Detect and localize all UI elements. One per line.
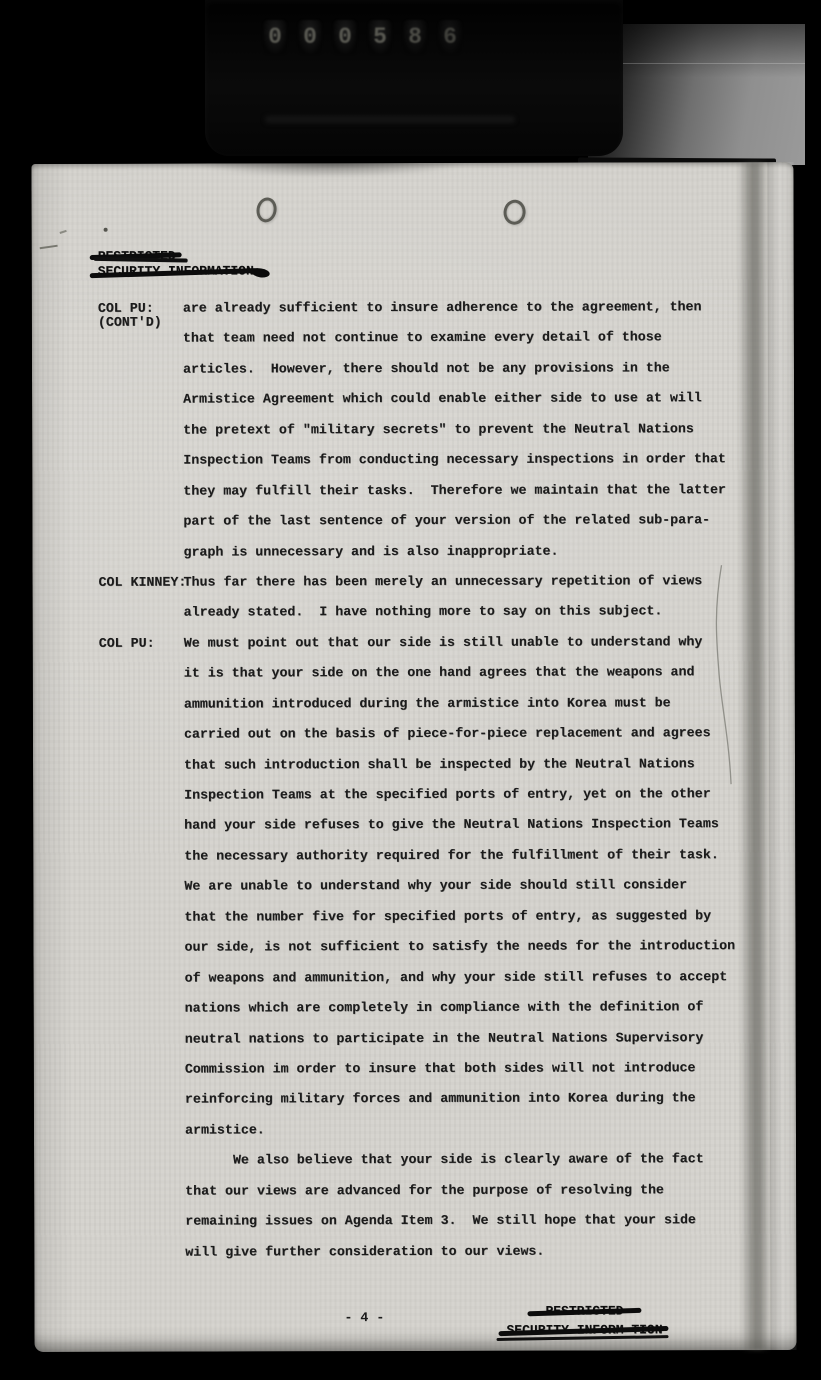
speaker-label: COL PU: xyxy=(99,635,155,650)
punch-hole xyxy=(255,196,279,224)
pencil-mark xyxy=(59,230,66,234)
classification-stamp-top: RESTRICTED SECURITY INFORMATION xyxy=(98,248,254,278)
transcript-row: that team need not continue to examine e… xyxy=(98,330,738,362)
transcript-text: We must point out that our side is still… xyxy=(184,634,739,650)
transcript-text: Armistice Agreement which could enable e… xyxy=(183,390,738,406)
speaker-contd-label: (CONT'D) xyxy=(98,315,162,330)
transcript-text: Thus far there has been merely an unnece… xyxy=(184,573,739,589)
transcript-row: Inspection Teams from conducting necessa… xyxy=(98,451,738,483)
transcript-text: nations which are completely in complian… xyxy=(185,999,740,1015)
transcript-text: that the number five for specified ports… xyxy=(184,908,739,924)
transcript-text: ammunition introduced during the armisti… xyxy=(184,695,739,711)
classification-stamp-bottom: RESTRICTED SECURITY INFORM TION xyxy=(494,1301,674,1339)
transcript-row: nations which are completely in complian… xyxy=(100,999,740,1031)
transcript-row: articles. However, there should not be a… xyxy=(98,360,738,392)
transcript-text: of weapons and ammunition, and why your … xyxy=(185,969,740,985)
transcript-text: our side, is not sufficient to satisfy t… xyxy=(184,938,739,954)
transcript-text: reinforcing military forces and ammuniti… xyxy=(185,1091,740,1107)
transcript-row: carried out on the basis of piece-for-pi… xyxy=(99,725,739,757)
transcript-text: Commission im order to insure that both … xyxy=(185,1060,740,1076)
transcript-row: of weapons and ammunition, and why your … xyxy=(100,969,740,1001)
transcript-row: it is that your side on the one hand agr… xyxy=(99,664,739,696)
transcript-text: articles. However, there should not be a… xyxy=(183,360,738,376)
document-page: RESTRICTED SECURITY INFORMATION COL PU: … xyxy=(31,162,796,1352)
transcript-row: that the number five for specified ports… xyxy=(99,908,739,940)
transcript-text: Inspection Teams at the specified ports … xyxy=(184,786,739,802)
transcript-text: carried out on the basis of piece-for-pi… xyxy=(184,725,739,741)
transcript-row: the necessary authority required for the… xyxy=(99,847,739,879)
speaker-label: COL PU: xyxy=(98,301,154,316)
transcript-text: neutral nations to participate in the Ne… xyxy=(185,1030,740,1046)
counter-digits: 0 0 0 5 8 6 xyxy=(263,20,462,54)
transcript-row: Inspection Teams at the specified ports … xyxy=(99,786,739,818)
transcript-row: We also believe that your side is clearl… xyxy=(100,1151,740,1183)
pencil-mark xyxy=(104,228,108,232)
transcript-text: remaining issues on Agenda Item 3. We st… xyxy=(185,1212,740,1228)
punch-hole xyxy=(502,199,526,226)
page-edge-shadow xyxy=(737,162,770,1350)
transcript-row: they may fulfill their tasks. Therefore … xyxy=(98,482,738,514)
transcript-text: the pretext of "military secrets" to pre… xyxy=(183,421,738,437)
pencil-mark xyxy=(40,245,58,250)
transcript-row: will give further consideration to our v… xyxy=(100,1243,740,1275)
transcript-text: We are unable to understand why your sid… xyxy=(184,877,739,893)
counter-digit: 5 xyxy=(368,20,392,54)
transcript-row: hand your side refuses to give the Neutr… xyxy=(99,817,739,849)
transcript: COL PU: (CONT'D) are already sufficient … xyxy=(98,299,741,1275)
transcript-text: that such introduction shall be inspecte… xyxy=(184,756,739,772)
transcript-row: reinforcing military forces and ammuniti… xyxy=(100,1091,740,1123)
transcript-row: graph is unnecessary and is also inappro… xyxy=(98,543,738,575)
transcript-text: they may fulfill their tasks. Therefore … xyxy=(183,482,738,498)
transcript-text: are already sufficient to insure adheren… xyxy=(183,299,738,315)
underlying-page-edge xyxy=(767,162,796,1350)
counter-digit: 0 xyxy=(263,20,287,54)
page-number: - 4 - xyxy=(344,1310,384,1325)
transcript-text: it is that your side on the one hand agr… xyxy=(184,664,739,680)
transcript-text: Inspection Teams from conducting necessa… xyxy=(183,451,738,467)
transcript-row: that our views are advanced for the purp… xyxy=(100,1182,740,1214)
counter-digit: 0 xyxy=(333,20,357,54)
transcript-row: Commission im order to insure that both … xyxy=(100,1060,740,1092)
transcript-row: the pretext of "military secrets" to pre… xyxy=(98,421,738,453)
transcript-row: We are unable to understand why your sid… xyxy=(99,877,739,909)
security-information-stamp-text: SECURITY INFORM TION xyxy=(506,1320,662,1339)
microfilm-frame: 0 0 0 5 8 6 RESTRICTED SECURITY INFORMAT… xyxy=(0,0,821,1380)
transcript-text: We also believe that your side is clearl… xyxy=(185,1151,740,1167)
device-shadow xyxy=(191,161,471,178)
restricted-stamp-text: RESTRICTED xyxy=(98,249,176,264)
restricted-stamp-text: RESTRICTED xyxy=(545,1301,623,1320)
transcript-text: hand your side refuses to give the Neutr… xyxy=(184,817,739,833)
speaker-label: COL KINNEY: xyxy=(99,575,187,590)
transcript-row: Armistice Agreement which could enable e… xyxy=(98,390,738,422)
transcript-row: COL PU: (CONT'D) are already sufficient … xyxy=(98,299,738,331)
transcript-text: that our views are advanced for the purp… xyxy=(185,1182,740,1198)
transcript-row: part of the last sentence of your versio… xyxy=(98,512,738,544)
counter-digit: 6 xyxy=(438,20,462,54)
transcript-row: armistice. xyxy=(100,1121,740,1153)
transcript-row: ammunition introduced during the armisti… xyxy=(99,695,739,727)
transcript-text: already stated. I have nothing more to s… xyxy=(184,604,739,620)
transcript-text: that team need not continue to examine e… xyxy=(183,330,738,346)
transcript-text: graph is unnecessary and is also inappro… xyxy=(183,543,738,559)
transcript-text: part of the last sentence of your versio… xyxy=(183,512,738,528)
counter-digit: 0 xyxy=(298,20,322,54)
frame-counter-device: 0 0 0 5 8 6 xyxy=(205,0,623,156)
counter-digit: 8 xyxy=(403,20,427,54)
transcript-text: will give further consideration to our v… xyxy=(185,1243,740,1259)
transcript-row: COL PU: We must point out that our side … xyxy=(99,634,739,666)
transcript-row: remaining issues on Agenda Item 3. We st… xyxy=(100,1212,740,1244)
transcript-row: COL KINNEY: Thus far there has been mere… xyxy=(99,573,739,605)
security-information-stamp-text: SECURITY INFORMATION xyxy=(98,263,254,278)
device-slit xyxy=(265,116,515,123)
transcript-row: our side, is not sufficient to satisfy t… xyxy=(99,938,739,970)
transcript-row: neutral nations to participate in the Ne… xyxy=(100,1030,740,1062)
transcript-row: already stated. I have nothing more to s… xyxy=(99,604,739,636)
transcript-text: the necessary authority required for the… xyxy=(184,847,739,863)
transcript-text: armistice. xyxy=(185,1121,740,1137)
transcript-row: that such introduction shall be inspecte… xyxy=(99,756,739,788)
